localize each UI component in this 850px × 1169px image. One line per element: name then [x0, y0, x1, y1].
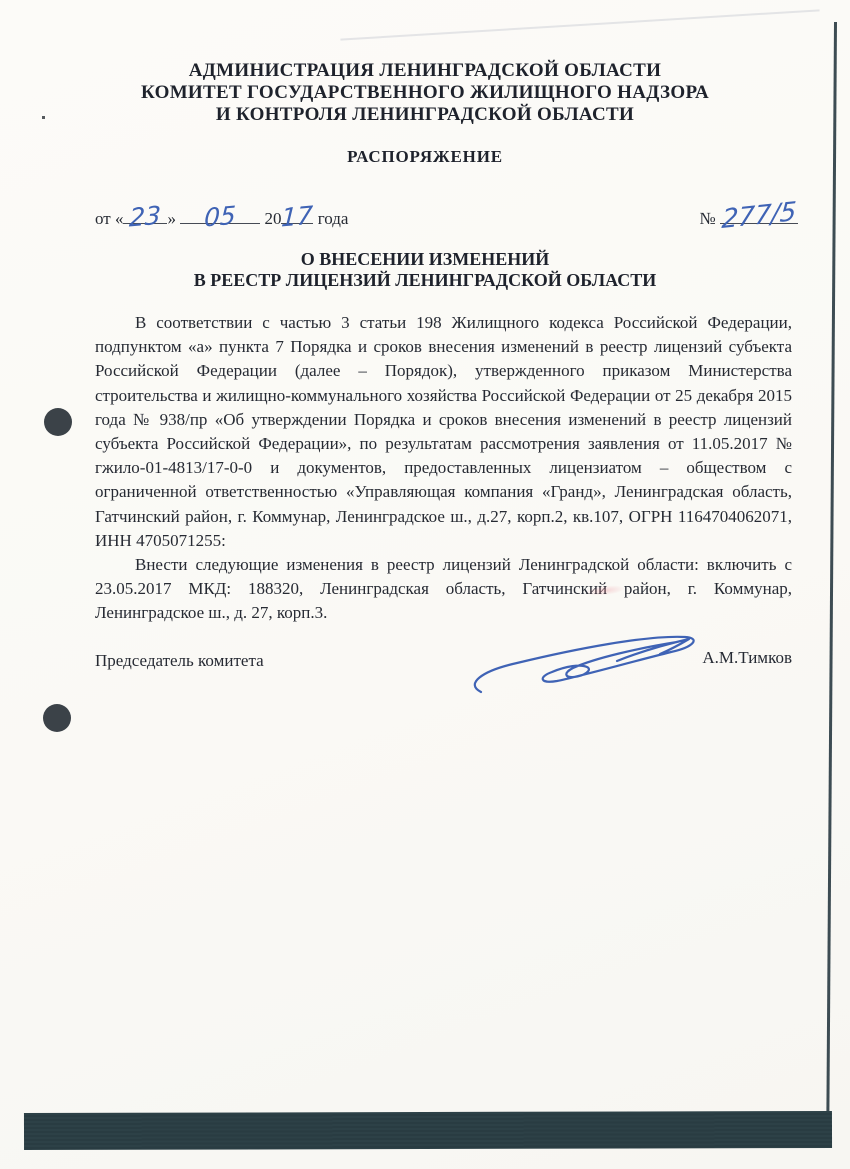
scan-speck	[42, 116, 45, 119]
document-title: О ВНЕСЕНИИ ИЗМЕНЕНИЙ В РЕЕСТР ЛИЦЕНЗИЙ Л…	[0, 249, 850, 291]
date-quote-close: »	[167, 209, 176, 228]
handwritten-month: 05	[204, 203, 237, 231]
letterhead-line-3: И КОНТРОЛЯ ЛЕНИНГРАДСКОЙ ОБЛАСТИ	[0, 104, 850, 126]
date-year-printed: 20	[264, 209, 281, 228]
document-title-line-1: О ВНЕСЕНИИ ИЗМЕНЕНИЙ	[0, 249, 850, 270]
date-year-blank: 17	[281, 203, 313, 224]
number-blank: 277/5	[720, 203, 798, 224]
handwritten-day: 23	[129, 203, 162, 231]
scan-bottom-dark-band	[24, 1111, 832, 1150]
number-label: №	[700, 209, 716, 228]
scanned-document-page: АДМИНИСТРАЦИЯ ЛЕНИНГРАДСКОЙ ОБЛАСТИ КОМИ…	[0, 0, 850, 1169]
date-month-blank: 05	[180, 203, 260, 224]
date-suffix: года	[313, 209, 348, 228]
document-type-heading: РАСПОРЯЖЕНИЕ	[0, 147, 850, 167]
letterhead-line-1: АДМИНИСТРАЦИЯ ЛЕНИНГРАДСКОЙ ОБЛАСТИ	[0, 60, 850, 82]
document-body: В соответствии с частью 3 статьи 198 Жил…	[95, 311, 792, 626]
letterhead: АДМИНИСТРАЦИЯ ЛЕНИНГРАДСКОЙ ОБЛАСТИ КОМИ…	[0, 60, 850, 126]
date-line: от «23» 05 2017 года	[95, 203, 348, 229]
body-paragraph-2: Внести следующие изменения в реестр лице…	[95, 553, 792, 626]
number-line: № 277/5	[700, 203, 798, 229]
signer-name: А.М.Тимков	[702, 648, 792, 668]
date-number-row: от «23» 05 2017 года № 277/5	[95, 203, 798, 229]
hole-punch-mark-bottom	[43, 704, 71, 732]
paper-crease-shadow	[340, 9, 819, 40]
signature-ink-scrawl	[465, 626, 710, 716]
letterhead-line-2: КОМИТЕТ ГОСУДАРСТВЕННОГО ЖИЛИЩНОГО НАДЗО…	[0, 82, 850, 104]
body-paragraph-1: В соответствии с частью 3 статьи 198 Жил…	[95, 311, 792, 553]
handwritten-number: 277/5	[721, 200, 797, 233]
date-prefix: от «	[95, 209, 123, 228]
signer-position-label: Председатель комитета	[95, 651, 264, 671]
scan-right-edge-line	[826, 22, 837, 1114]
hole-punch-mark-top	[44, 408, 72, 436]
handwritten-year: 17	[281, 203, 314, 231]
date-day-blank: 23	[123, 203, 167, 224]
document-title-line-2: В РЕЕСТР ЛИЦЕНЗИЙ ЛЕНИНГРАДСКОЙ ОБЛАСТИ	[0, 270, 850, 291]
